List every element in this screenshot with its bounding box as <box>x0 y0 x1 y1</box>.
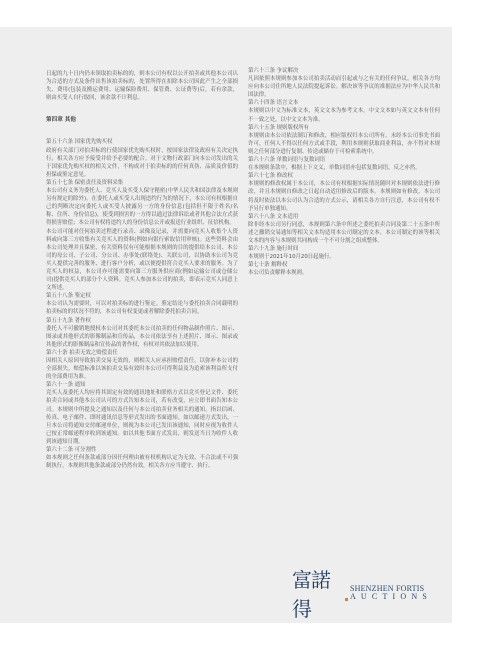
article-body: 除非经本公司另行同意，本规则第六条中所述之委托拍卖合同及第二十五条中所述之撤销交… <box>248 221 440 245</box>
article-56: 第五十六条 国家优先购买权 政府有关部门对拍卖标的行使国家优先购买权时，按国家法… <box>46 138 238 178</box>
article-body: 政府有关部门对拍卖标的行使国家优先购买权时，按国家法律及政府有关决定执行，相关各… <box>46 147 238 179</box>
article-body: 本公司负责解释本规则。 <box>248 269 440 277</box>
article-title: 第六十七条 修改权 <box>248 172 440 180</box>
company-logo: 富諾得 SHENZHEN FORTIS AUCTIONS <box>292 580 432 606</box>
article-title: 第六十一条 通知 <box>46 381 238 389</box>
article-body: 竞买人及委托人均应将其固定有效的通讯地址和联格方式以竞买登记文件、委托拍卖合同或… <box>46 389 238 446</box>
article-body: 因相关人原因导致拍卖交易无效的，则相关人应承担赔偿责任，以弥补本公司的全部损失。… <box>46 357 238 381</box>
article-66: 第六十六条 单数词语与复数词语 在本规则条款中，根据上下文义，单数词语亦包括复数… <box>248 156 440 172</box>
article-body: 凡因依照本规则参加本公司拍卖活动而引起或与之有关的任何争议，相关各方均应向本公司… <box>248 75 440 99</box>
article-body: 本规则由本公司依法制订和修改，相应版权归本公司所有。未经本公司事先书面许可，任何… <box>248 132 440 156</box>
article-title: 第七十条 解释权 <box>248 261 440 269</box>
article-title: 第六十三条 争议解决 <box>248 67 440 75</box>
article-title: 第五十九条 著作权 <box>46 317 238 325</box>
article-64: 第六十四条 语言文本 本规则以中文为标准文本，英文文本为参考文本。中文文本如与英… <box>248 99 440 123</box>
logo-english-name: SHENZHEN FORTIS AUCTIONS <box>350 585 432 601</box>
article-70: 第七十条 解释权 本公司负责解释本规则。 <box>248 261 440 277</box>
article-body: 本公司有义务为委托人、竞买人及买受人保守秘密(中华人民共和国法律及本规则另有规定… <box>46 187 238 292</box>
article-body: 在本规则条款中，根据上下文义，单数词语亦包括复数词语，反之亦然。 <box>248 164 440 172</box>
article-59: 第五十九条 著作权 委托人不可撤销地授权本公司对其委托本公司拍卖的任何物品制作照… <box>46 317 238 349</box>
article-title: 第六十四条 语言文本 <box>248 99 440 107</box>
article-body: 本规则以中文为标准文本，英文文本为参考文本。中文文本如与英文文本有任何不一致之处… <box>248 107 440 123</box>
logo-chinese-name: 富諾得 <box>292 564 345 622</box>
logo-accent-dot <box>345 598 348 601</box>
article-body: 本规则的修改权属于本公司，本公司有权根据实际情况随时对本规则依法进行修改，并且本… <box>248 180 440 212</box>
article-title: 第六十二条 可分割性 <box>46 446 238 454</box>
article-body: 委托人不可撤销地授权本公司对其委托本公司拍卖的任何物品制作照片、图示、图录或其他… <box>46 325 238 349</box>
article-title: 第六十条 拍卖无效之赔偿责任 <box>46 349 238 357</box>
article-68: 第六十八条 文本适用 除非经本公司另行同意，本规则第六条中所述之委托拍卖合同及第… <box>248 213 440 245</box>
article-body: 本公司认为需要时，可以对拍卖标的进行鉴定。鉴定结论与委托拍卖合同载明的拍卖标的的… <box>46 300 238 316</box>
logo-english-line2: AUCTIONS <box>350 593 432 601</box>
article-60: 第六十条 拍卖无效之赔偿责任 因相关人原因导致拍卖交易无效的，则相关人应承担赔偿… <box>46 349 238 381</box>
article-title: 第五十六条 国家优先购买权 <box>46 138 238 146</box>
article-69: 第六十九条 施行时间 本规则于2021年10月20日起施行。 <box>248 245 440 261</box>
article-title: 第六十五条 规则版权所有 <box>248 124 440 132</box>
article-title: 第六十九条 施行时间 <box>248 245 440 253</box>
intro-paragraph: 日起的九十日内仍未领取拍卖标的的，则本公司有权以公开拍卖或其他本公司认为合适的方… <box>46 70 238 102</box>
left-column: 日起的九十日内仍未领取拍卖标的的，则本公司有权以公开拍卖或其他本公司认为合适的方… <box>46 70 238 470</box>
article-title: 第六十六条 单数词语与复数词语 <box>248 156 440 164</box>
right-column: 第六十三条 争议解决 凡因依照本规则参加本公司拍卖活动而引起或与之有关的任何争议… <box>248 67 440 277</box>
article-title: 第五十七条 保密责任及资料采集 <box>46 179 238 187</box>
article-title: 第六十八条 文本适用 <box>248 213 440 221</box>
article-61: 第六十一条 通知 竞买人及委托人均应将其固定有效的通讯地址和联格方式以竞买登记文… <box>46 381 238 446</box>
article-57: 第五十七条 保密责任及资料采集 本公司有义务为委托人、竞买人及买受人保守秘密(中… <box>46 179 238 292</box>
article-63: 第六十三条 争议解决 凡因依照本规则参加本公司拍卖活动而引起或与之有关的任何争议… <box>248 67 440 99</box>
article-body: 本规则于2021年10月20日起施行。 <box>248 253 440 261</box>
article-58: 第五十八条 鉴定权 本公司认为需要时，可以对拍卖标的进行鉴定。鉴定结论与委托拍卖… <box>46 292 238 316</box>
article-body: 如本规则之任何条款或部分因任何理由被有权机构认定为无效、不合法或不可强制执行，本… <box>46 454 238 470</box>
article-67: 第六十七条 修改权 本规则的修改权属于本公司，本公司有权根据实际情况随时对本规则… <box>248 172 440 212</box>
article-65: 第六十五条 规则版权所有 本规则由本公司依法制订和修改，相应版权归本公司所有。未… <box>248 124 440 156</box>
chapter-title: 第四章 其他 <box>46 116 238 124</box>
article-title: 第五十八条 鉴定权 <box>46 292 238 300</box>
article-62: 第六十二条 可分割性 如本规则之任何条款或部分因任何理由被有权机构认定为无效、不… <box>46 446 238 470</box>
